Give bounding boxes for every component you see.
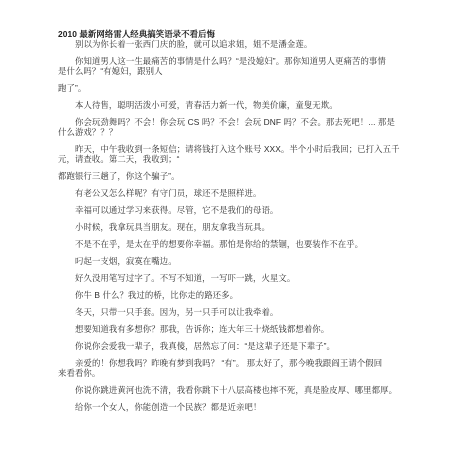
quote-line: 不是不在乎，是太在乎的想要你幸福。那怕是你给的禁锢，也要装作不在乎。 (58, 239, 406, 249)
quote-line: 想要知道我有多想你？那我，告诉你；连大年三十烧纸钱都想着你。 (58, 324, 406, 334)
quote-line: 亲爱的！你想我吗？昨晚有梦到我吗？ “有”。 那太好了，那今晚我跟阎王请个假回 (58, 358, 406, 368)
quote-line: 你说你跳进黄河也洗不清，我看你跳下十八层高楼也摔不死，真是脸皮厚、哪里都厚。 (58, 385, 406, 395)
quote-line: 是什么吗？“有媳妇，跟别人 (58, 66, 406, 76)
quote-line: 别以为你长着一张西门庆的脸，就可以追求姐，姐不是潘金莲。 (58, 39, 406, 49)
quote-line: 你知道男人这一生最痛苦的事情是什么吗？“是没媳妇”。那你知道男人更痛苦的事情 (58, 56, 406, 66)
quote-line: 小时候，我拿玩具当朋友。现在，朋友拿我当玩具。 (58, 222, 406, 232)
quote-line: 你牛 B 什么？我过的桥，比你走的路还多。 (58, 290, 406, 300)
quote-line: 元，请查收。第二天，我收到；“ (58, 154, 406, 164)
quote-line: 昨天，中午我收到一条短信；请将钱打入这个账号 XXX。半个小时后我回；已打入五千 (58, 144, 406, 154)
quote-line: 什么游戏？？？ (58, 127, 406, 137)
quote-line: 好久没用笔写过字了。不写不知道，一写吓一跳，火星文。 (58, 273, 406, 283)
quote-line: 有老公又怎么样呢？有守门员，球还不是照样进。 (58, 188, 406, 198)
quote-line: 叼起一支烟，寂寞在嘴边。 (58, 256, 406, 266)
quote-line: 来看看你。 (58, 368, 406, 378)
document-title: 2010 最新网络雷人经典搞笑语录不看后悔 (58, 29, 406, 39)
document-body: 别以为你长着一张西门庆的脸，就可以追求姐，姐不是潘金莲。你知道男人这一生最痛苦的… (58, 39, 406, 412)
quote-line: 你会玩劲舞吗？不会！你会玩 CS 吗？不会！会玩 DNF 吗？不会。那去死吧！.… (58, 117, 406, 127)
document-content: 2010 最新网络雷人经典搞笑语录不看后悔 别以为你长着一张西门庆的脸，就可以追… (58, 29, 406, 412)
quote-line: 幸福可以通过学习来获得。尽管，它不是我们的母语。 (58, 205, 406, 215)
quote-line: 都跑银行三趟了，你这个骗子”。 (58, 171, 406, 181)
document-page: 2010 最新网络雷人经典搞笑语录不看后悔 别以为你长着一张西门庆的脸，就可以追… (0, 0, 453, 453)
quote-line: 给你一个女人，你能创造一个民族？都是近亲吧！ (58, 402, 406, 412)
quote-line: 你说你会爱我一辈子，我真傻，居然忘了问：“是这辈子还是下辈子”。 (58, 341, 406, 351)
quote-line: 跑了”。 (58, 83, 406, 93)
quote-line: 本人待售，聪明活泼小可爱，青春活力新一代，物美价廉，童叟无欺。 (58, 100, 406, 110)
quote-line: 冬天，只带一只手套。因为，另一只手可以让我牵着。 (58, 307, 406, 317)
